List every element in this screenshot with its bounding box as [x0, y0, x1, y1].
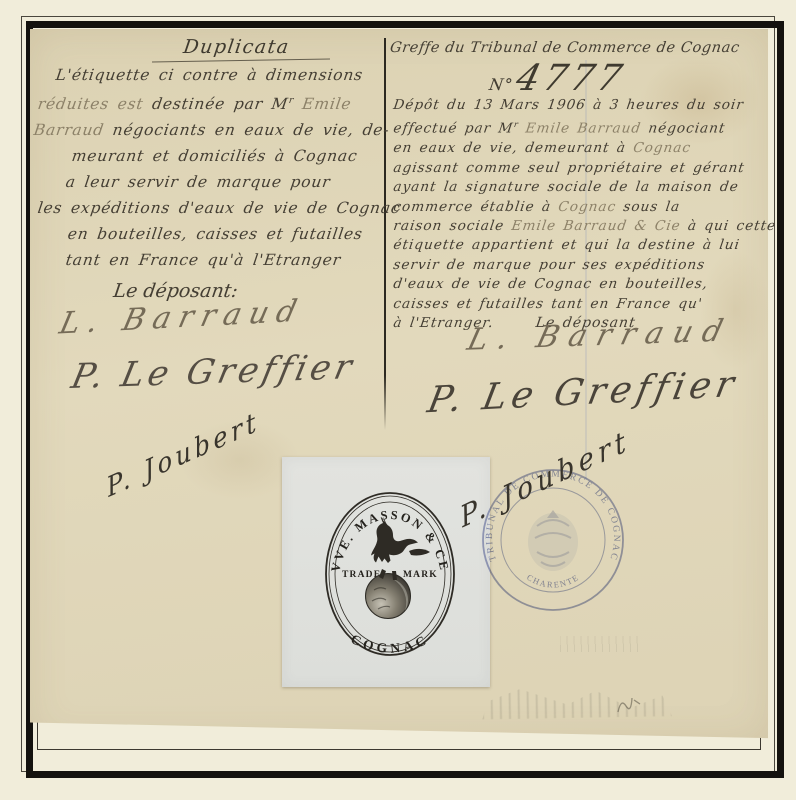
right-line-6: commerce établie à Cognac sous la — [392, 198, 775, 217]
duplicata-title: Duplicata — [150, 36, 323, 58]
charcoal-smudge-small — [560, 636, 640, 652]
right-line-7: raison sociale Emile Barraud & Cie à qui… — [392, 217, 775, 236]
svg-text:COGNAC: COGNAC — [348, 631, 431, 656]
right-line-3: en eaux de vie, demeurant à Cognac — [392, 139, 775, 158]
horse-tail-icon — [409, 549, 430, 556]
mark-text: MARK — [403, 570, 438, 580]
left-line-3: Barraud négociants en eaux de vie, de- — [32, 117, 386, 143]
left-line-8: tant en France qu'à l'Etranger — [64, 247, 386, 273]
left-line-2: réduites est destinée par Mr Emile — [36, 88, 386, 117]
stamp-emblem — [528, 510, 578, 571]
right-line-10: d'eaux de vie de Cognac en bouteilles, — [392, 275, 775, 294]
right-line-8: étiquette appartient et qui la destine à… — [392, 236, 775, 255]
right-line-1: Dépôt du 13 Mars 1906 à 3 heures du soir — [392, 96, 775, 115]
right-line-2: effectué par Mr Emile Barraud négociant — [392, 115, 775, 139]
left-line-5: a leur servir de marque pour — [64, 169, 386, 195]
right-line-5: ayant la signature sociale de la maison … — [392, 178, 775, 197]
inserted-name: Cognac — [632, 140, 692, 156]
inserted-name: Emile — [292, 95, 352, 113]
numero-value: 4777 — [512, 58, 630, 99]
left-line-1: L'étiquette ci contre à dimensions — [54, 62, 386, 88]
right-line-9: servir de marque pour ses expéditions — [392, 256, 775, 275]
left-line-4: meurant et domiciliés à Cognac — [70, 143, 386, 169]
inserted-name: Emile Barraud — [517, 121, 642, 137]
pencil-mark — [612, 692, 652, 718]
left-column: L'étiquette ci contre à dimensions rédui… — [36, 62, 382, 273]
trademark-label-art: VVE. MASSON & CE TRADE MARK COGNAC — [282, 457, 490, 687]
numero-label: N° — [488, 75, 515, 94]
left-line-6: les expéditions d'eaux de vie de Cognac — [36, 195, 386, 221]
left-line-7: en bouteilles, caisses et futailles — [66, 221, 386, 247]
cognac-arc: COGNAC — [348, 631, 431, 656]
globe-icon — [366, 574, 411, 619]
right-column: Dépôt du 13 Mars 1906 à 3 heures du soir… — [392, 96, 772, 333]
inserted-name: Barraud — [33, 121, 106, 139]
scanned-register-page: Duplicata L'étiquette ci contre à dimens… — [0, 0, 796, 800]
inserted-name: Emile Barraud & Cie — [510, 218, 681, 234]
trademark-label: VVE. MASSON & CE TRADE MARK COGNAC — [282, 457, 490, 687]
right-line-4: agissant comme seul propriétaire et géra… — [392, 159, 775, 178]
right-line-11: caisses et futailles tant en France qu' — [392, 295, 775, 314]
inserted-name: Cognac — [557, 199, 617, 215]
registration-number: N° 4777 — [488, 58, 625, 99]
inserted-word: réduites est — [37, 95, 154, 113]
greffe-header: Greffe du Tribunal de Commerce de Cognac — [389, 40, 773, 56]
